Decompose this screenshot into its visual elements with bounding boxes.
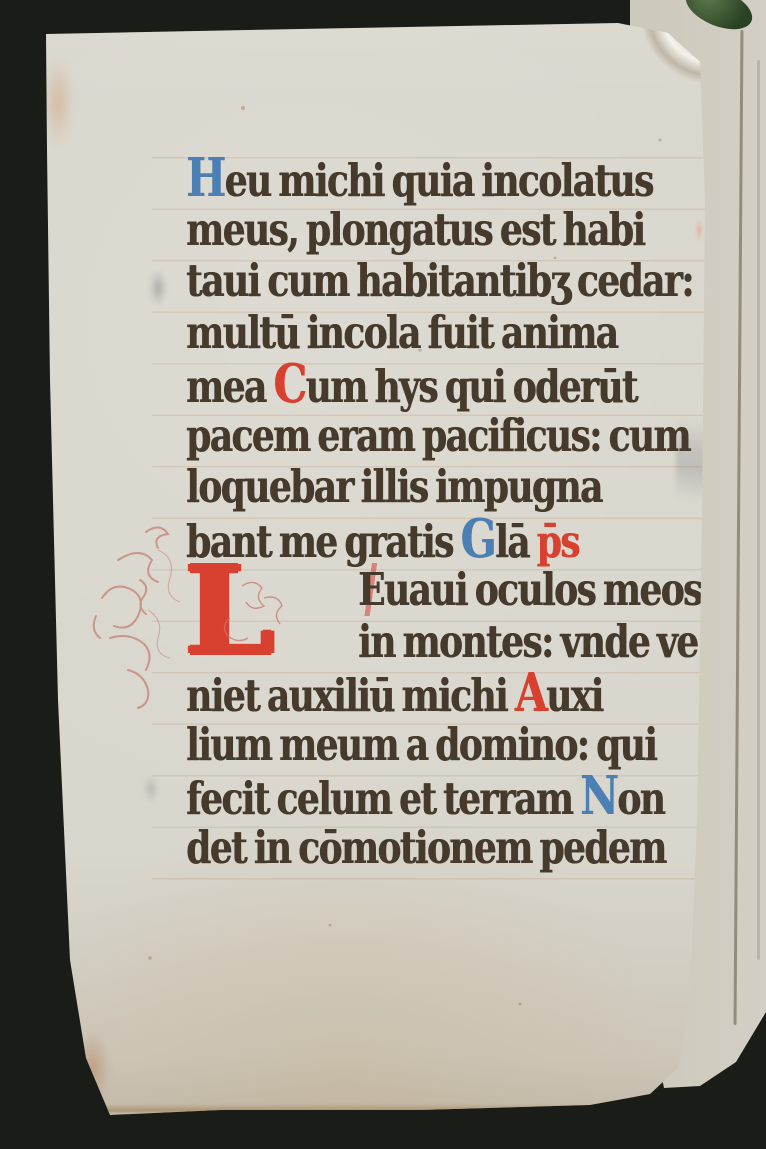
text-block: Heu michi quia incolatusmeus, plongatus … xyxy=(186,152,746,873)
manuscript-text-line: mea Cum hys qui oderūt xyxy=(186,358,634,410)
manuscript-page: L Heu michi quia incolatusmeus, plongatu… xyxy=(0,0,766,1149)
page-crease-line xyxy=(734,30,744,1025)
versal-initial-red: C xyxy=(273,352,305,415)
red-stroked-capital: E xyxy=(358,563,384,616)
versal-initial-blue: N xyxy=(580,764,617,827)
versal-initial-blue: H xyxy=(186,146,225,209)
manuscript-text-line: loquebar illis impugna xyxy=(186,461,634,513)
rubric-psalm-abbreviation: p̄s xyxy=(537,515,579,568)
versal-initial-red: A xyxy=(515,661,546,724)
manuscript-text-line: taui cum habitantibʒ cedar: xyxy=(186,255,634,307)
text-segment: on xyxy=(617,772,664,825)
text-segment: meus, plongatus est habi xyxy=(186,203,644,256)
manuscript-text-line: fecit celum et terram Non xyxy=(186,770,634,822)
text-segment: uaui oculos meos xyxy=(384,563,702,616)
photo-stage: L Heu michi quia incolatusmeus, plongatu… xyxy=(0,0,766,1149)
margin-flourish-drawing xyxy=(88,520,198,715)
text-segment: lium meum a domino: qui xyxy=(186,718,656,771)
text-segment: eu michi quia incolatus xyxy=(225,154,653,207)
text-segment: fecit celum et terram xyxy=(186,772,580,825)
text-segment: lā xyxy=(495,515,537,568)
text-segment: multū incola fuit anima xyxy=(186,306,617,359)
text-segment: bant me gratis xyxy=(186,515,460,568)
manuscript-text-line: Euaui oculos meos xyxy=(358,564,668,616)
text-segment: in montes: vnde ve xyxy=(358,615,697,668)
manuscript-text-line: multū incola fuit anima xyxy=(186,307,634,359)
text-segment: um hys qui oderūt xyxy=(305,360,636,413)
text-segment: niet auxiliū michi xyxy=(186,669,515,722)
text-segment: det in cōmotionem pedem xyxy=(186,821,666,874)
text-segment: pacem eram pacificus: cum xyxy=(186,409,690,462)
manuscript-text-line: in montes: vnde ve xyxy=(358,616,668,668)
text-segment: uxi xyxy=(546,669,603,722)
manuscript-text-line: Heu michi quia incolatus xyxy=(186,152,634,204)
text-segment: taui cum habitantibʒ cedar: xyxy=(186,254,693,307)
text-segment: loquebar illis impugna xyxy=(186,460,602,513)
manuscript-text-line: lium meum a domino: qui xyxy=(186,719,634,771)
manuscript-text-line: niet auxiliū michi Auxi xyxy=(186,667,634,719)
page-bottom-edge-shadow xyxy=(100,1104,670,1112)
page-crease-line xyxy=(757,60,760,960)
versal-initial-blue: G xyxy=(460,507,495,570)
manuscript-text-line: pacem eram pacificus: cum xyxy=(186,410,634,462)
manuscript-text-line: meus, plongatus est habi xyxy=(186,204,634,256)
manuscript-text-line: det in cōmotionem pedem xyxy=(186,822,634,874)
manuscript-text-line: bant me gratis Glā p̄s xyxy=(186,513,634,565)
text-segment: mea xyxy=(186,360,273,413)
